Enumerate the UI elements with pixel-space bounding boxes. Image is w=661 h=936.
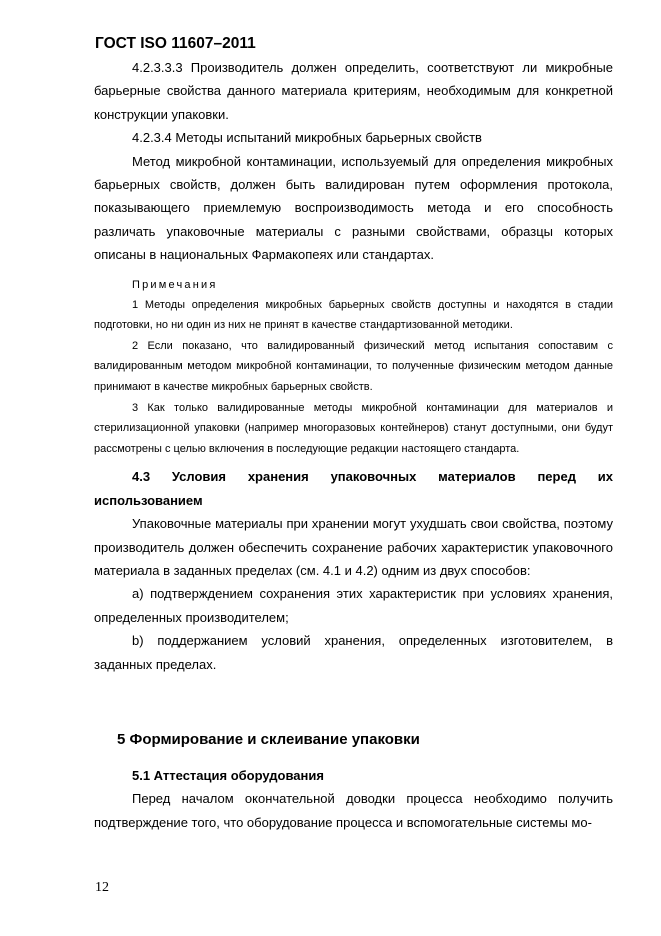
paragraph-method: Метод микробной контаминации, используем… <box>94 150 613 267</box>
page-number: 12 <box>95 880 109 896</box>
section-5-1-heading: 5.1 Аттестация оборудования <box>94 764 613 787</box>
section-4-3-item-a: a) подтверждением сохранения этих характ… <box>94 582 613 629</box>
section-4-3-intro: Упаковочные материалы при хранении могут… <box>94 512 613 582</box>
section-4-3-item-b: b) поддержанием условий хранения, опреде… <box>94 629 613 676</box>
note-3: 3 Как только валидированные методы микро… <box>94 398 613 460</box>
paragraph-4-2-3-3-3: 4.2.3.3.3 Производитель должен определит… <box>94 56 613 126</box>
note-1: 1 Методы определения микробных барьерных… <box>94 295 613 336</box>
document-header: ГОСТ ISO 11607–2011 <box>95 34 613 56</box>
notes-title: Примечания <box>94 275 613 295</box>
section-4-3-heading: 4.3 Условия хранения упаковочных материа… <box>94 465 613 512</box>
section-5-1-text: Перед началом окончательной доводки проц… <box>94 787 613 834</box>
document-page: ГОСТ ISO 11607–2011 4.2.3.3.3 Производит… <box>94 34 613 834</box>
paragraph-4-2-3-4: 4.2.3.4 Методы испытаний микробных барье… <box>94 126 613 149</box>
note-2: 2 Если показано, что валидированный физи… <box>94 336 613 398</box>
section-5-heading: 5 Формирование и склеивание упаковки <box>117 728 613 752</box>
